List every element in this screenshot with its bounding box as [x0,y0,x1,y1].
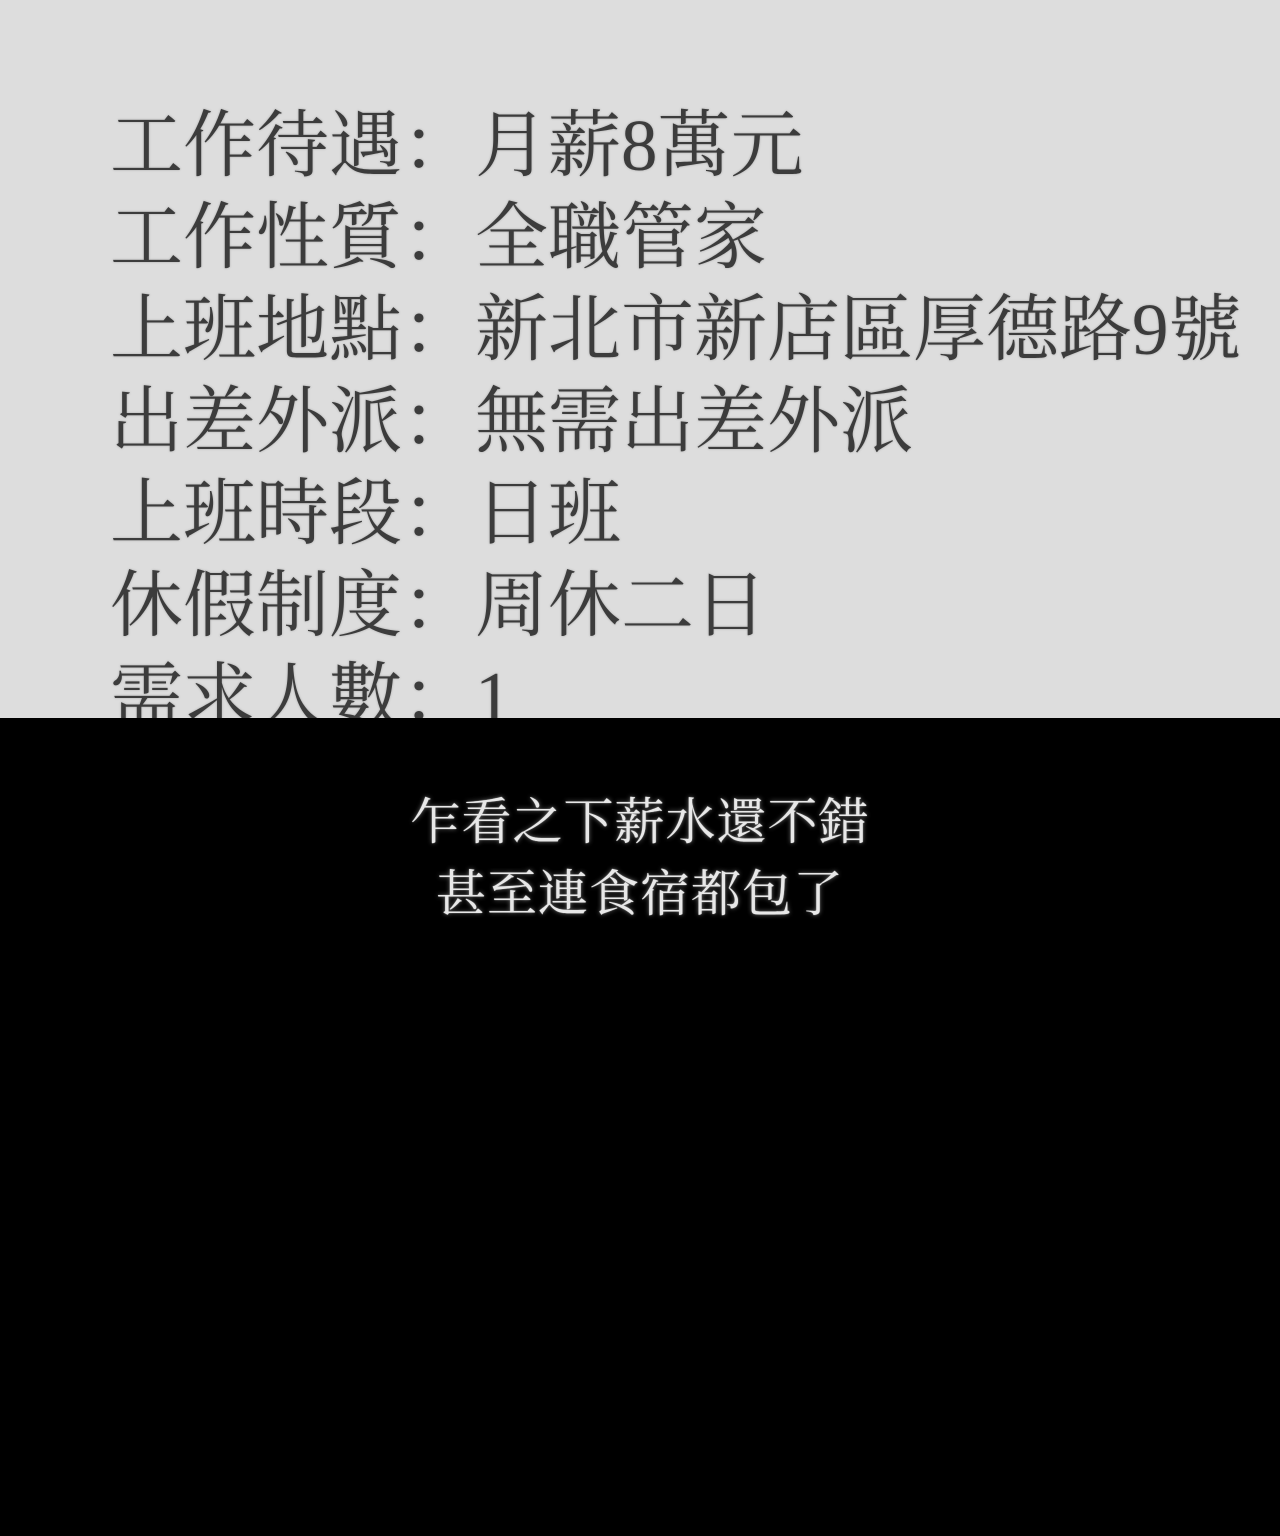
job-listing-line-dayoff: 休假制度：周休二日 [110,560,1242,652]
job-listing-line-salary: 工作待遇：月薪8萬元 [110,100,1242,192]
job-listing-line-shift: 上班時段：日班 [110,468,1242,560]
job-listing-line-type: 工作性質：全職管家 [110,192,1242,284]
job-field-label: 出差外派 [110,381,402,462]
job-field-label: 休假制度 [110,565,402,646]
subtitle-line-1: 乍看之下薪水還不錯 [0,786,1280,858]
job-field-value: 新北市新店區厚德路9號 [475,289,1242,370]
colon-separator: ： [402,473,475,554]
job-field-label: 上班時段 [110,473,402,554]
colon-separator: ： [402,289,475,370]
job-field-value: 無需出差外派 [475,381,913,462]
video-frame: 工作待遇：月薪8萬元 工作性質：全職管家 上班地點：新北市新店區厚德路9號 出差… [0,0,1280,1536]
job-listing-panel: 工作待遇：月薪8萬元 工作性質：全職管家 上班地點：新北市新店區厚德路9號 出差… [0,0,1280,718]
job-field-value: 日班 [475,473,621,554]
colon-separator: ： [402,657,475,718]
job-field-label: 工作性質 [110,197,402,278]
job-field-label: 上班地點 [110,289,402,370]
job-field-value: 1 [475,657,512,718]
subtitle-area: 乍看之下薪水還不錯 甚至連食宿都包了 [0,718,1280,1536]
subtitle-line-2: 甚至連食宿都包了 [0,858,1280,930]
job-listing-line-location: 上班地點：新北市新店區厚德路9號 [110,284,1242,376]
job-listing-line-travel: 出差外派：無需出差外派 [110,376,1242,468]
job-listing-text-block: 工作待遇：月薪8萬元 工作性質：全職管家 上班地點：新北市新店區厚德路9號 出差… [110,100,1242,718]
job-field-value: 月薪8萬元 [475,105,804,186]
colon-separator: ： [402,197,475,278]
job-field-label: 工作待遇 [110,105,402,186]
colon-separator: ： [402,105,475,186]
job-field-value: 周休二日 [475,565,767,646]
job-listing-line-headcount: 需求人數：1 [110,652,1242,718]
job-field-value: 全職管家 [475,197,767,278]
job-field-label: 需求人數 [110,657,402,718]
colon-separator: ： [402,381,475,462]
colon-separator: ： [402,565,475,646]
